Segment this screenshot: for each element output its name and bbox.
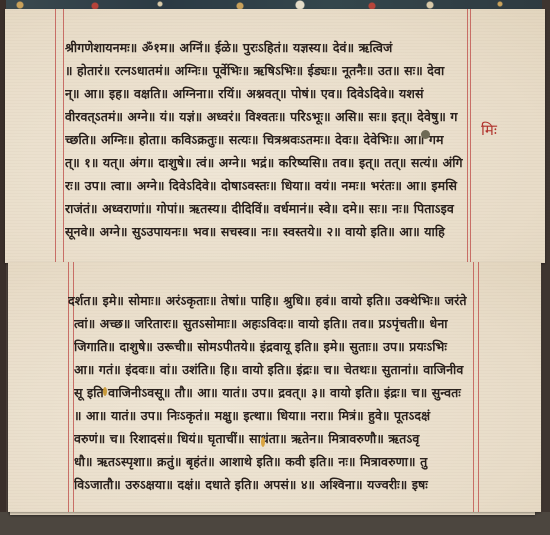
paper-stain <box>103 387 107 396</box>
manuscript-line: विऽजातौ॥ उरुऽक्षया॥ दक्षं॥ दधाते इति॥ अप… <box>74 476 476 493</box>
manuscript-line: धौ॥ ऋतऽस्पृशा॥ क्रतुं॥ बृहंतं॥ आशाथे इति… <box>74 453 476 470</box>
manuscript-line: जिगाति॥ दाशुषे॥ उरूची॥ सोमऽपीतये॥ इंद्रव… <box>74 338 476 355</box>
manuscript-line: दर्शत॥ इमे॥ सोमाः॥ अरंऽकृताः॥ तेषां॥ पाह… <box>68 292 476 309</box>
right-margin-rule-inner <box>478 262 479 512</box>
table-surface-bottom <box>0 512 550 535</box>
margin-annotation: मिः <box>481 120 497 140</box>
manuscript-line: रः॥ उप॥ त्वा॥ अग्ने॥ दिवेऽदिवे॥ दोषाऽवस्… <box>65 177 470 194</box>
paper-stain <box>261 437 265 447</box>
manuscript-line: ॥ होतारं॥ रत्नऽधातमं॥ अग्निः॥ पूर्वेभिः॥… <box>65 62 470 79</box>
manuscript-line: त्॥ १॥ यत्॥ अंग॥ दाशुषे॥ त्वं॥ अग्ने॥ भद… <box>65 154 470 171</box>
left-margin-rule-outer <box>55 9 56 263</box>
left-margin-rule-inner <box>63 9 64 263</box>
lower-folio: दर्शत॥ इमे॥ सोमाः॥ अरंऽकृताः॥ तेषां॥ पाह… <box>8 262 541 512</box>
upper-folio: मिः श्रीगणेशायनमः॥ ॐ१म॥ अग्निं॥ ईळे॥ पुर… <box>5 9 545 263</box>
manuscript-line: च्छति॥ अग्निः॥ होता॥ कविऽक्रतुः॥ सत्यः॥ … <box>65 131 470 148</box>
manuscript-line: वरुणं॥ च॥ रिशादसं॥ धियं॥ घृताचीं॥ साधंता… <box>74 430 476 447</box>
manuscript-line: ॥ आ॥ यातं॥ उप॥ निःऽकृतं॥ मक्षु॥ इत्था॥ ध… <box>74 407 476 424</box>
right-margin-rule-inner <box>470 9 471 263</box>
manuscript-line: वीरवत्ऽतमं॥ अग्ने॥ यं॥ यज्ञं॥ अध्वरं॥ वि… <box>65 108 470 125</box>
manuscript-line: आ॥ गतं॥ इंदवः॥ वां॥ उशंति॥ हि॥ वायो इति॥… <box>74 361 476 378</box>
manuscript-line: सू इति वाजिनीऽवसू॥ तौ॥ आ॥ यातं॥ उप॥ द्रव… <box>74 384 476 401</box>
manuscript-line: सूनवे॥ अग्ने॥ सुऽउपायनः॥ भव॥ सचस्व॥ नः॥ … <box>65 223 470 240</box>
manuscript-line: श्रीगणेशायनमः॥ ॐ१म॥ अग्निं॥ ईळे॥ पुरःऽहि… <box>65 39 470 56</box>
manuscript-line: राजंतं॥ अध्वराणां॥ गोपां॥ ऋतस्य॥ दीदिविं… <box>65 200 470 217</box>
manuscript-line: त्वां॥ अच्छ॥ जरितारः॥ सुतऽसोमाः॥ अहःऽविद… <box>74 315 476 332</box>
manuscript-line: न्॥ आ॥ इह॥ वक्षति॥ अग्निना॥ रयिं॥ अश्नवत… <box>65 85 470 102</box>
ink-blot <box>421 130 430 139</box>
